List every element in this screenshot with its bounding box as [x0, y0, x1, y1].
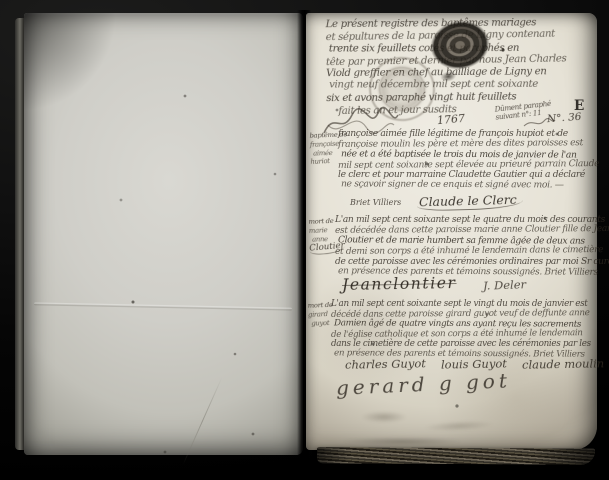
ink-smudge	[424, 419, 494, 433]
paper-speckles	[24, 13, 26, 15]
scanned-register-spread: Le présent registre des baptêmes mariage…	[0, 0, 609, 480]
handwritten-line: ne sçavoir signer de ce enquis et signé …	[341, 180, 594, 192]
signature-priest: Briet Villiers	[350, 198, 401, 207]
signature-witness: J. Deler	[482, 277, 526, 292]
left-blank-page	[24, 13, 303, 455]
signature-witness: charles Guyot	[345, 356, 426, 371]
signature-godfather: Claude le Clerc	[417, 192, 523, 212]
year-label: 1767	[436, 112, 465, 127]
signature-row: Briet Villiers Claude le Clerc	[350, 193, 523, 210]
handwritten-line: de l'église catholique et son corps a ét…	[331, 329, 595, 341]
left-page-edge	[15, 18, 24, 450]
signature-father: Jeanclontier	[342, 274, 457, 294]
diagonal-crease	[183, 377, 223, 465]
horizontal-crease	[34, 302, 292, 310]
page-stack-edge	[317, 447, 595, 464]
ink-smudge	[342, 437, 462, 446]
signature-witness: claude moulin	[522, 356, 604, 371]
paper-speckles	[306, 13, 308, 15]
act-number: N°. 36	[547, 111, 582, 125]
handwritten-line: mil sept cent soixante sept élevée au pr…	[338, 159, 594, 171]
burial-entry-text: L'an mil sept cent soixante sept le quat…	[335, 215, 595, 277]
handwritten-line: de cette paroisse avec les cérémonies or…	[335, 257, 595, 267]
burial-entry-text: L'an mil sept cent soixante sept le ving…	[331, 300, 595, 359]
flourish-signature: gerard g got	[336, 368, 512, 400]
baptism-entry-text: françoise aimée fille légitime de franço…	[338, 129, 594, 191]
ink-smudge	[361, 411, 407, 423]
handwritten-line: et demi son corps a été inhumé le lendem…	[335, 245, 595, 257]
right-written-page: Le présent registre des baptêmes mariage…	[306, 13, 597, 450]
signature-row: Jeanclontier J. Deler	[342, 275, 526, 293]
